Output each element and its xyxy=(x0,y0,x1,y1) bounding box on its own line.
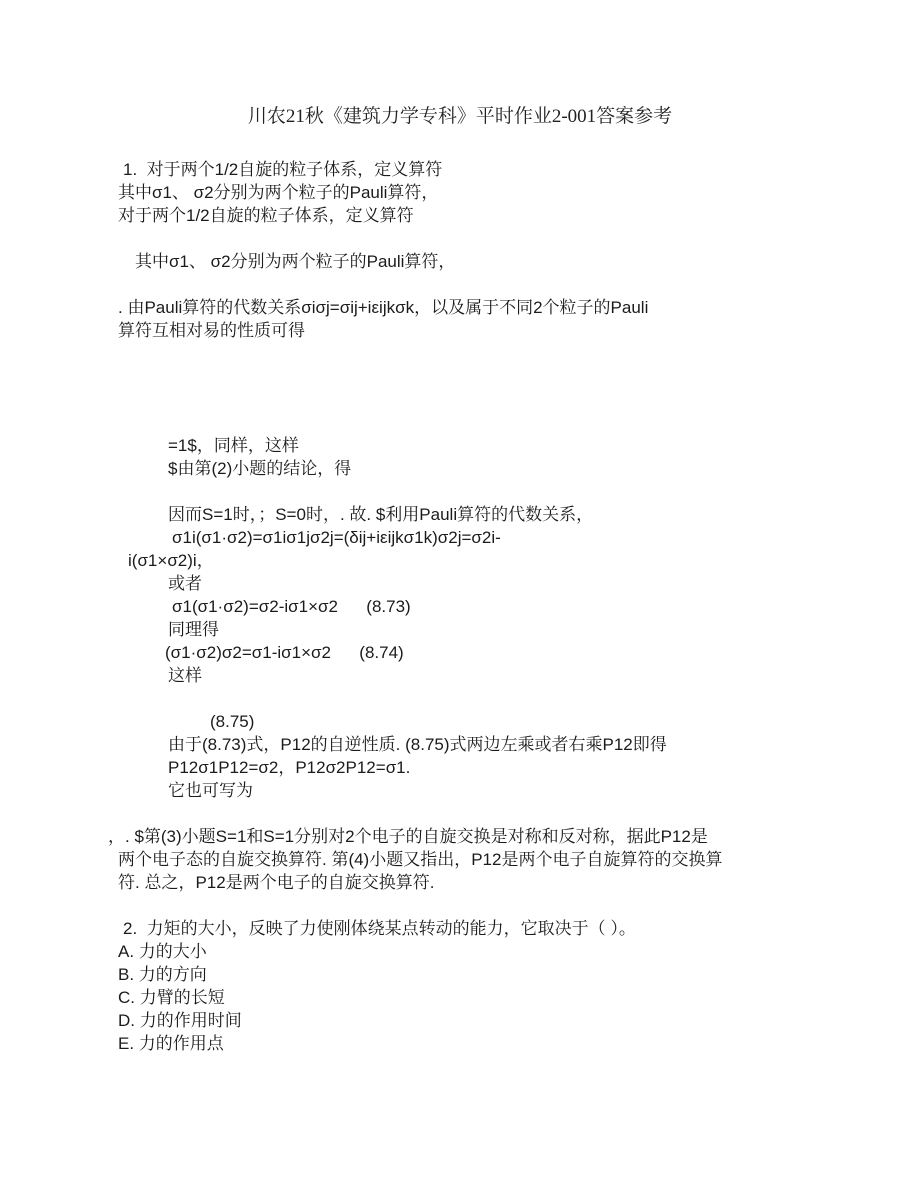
text-line: 因而S=1时，；S=0时，. 故. $利用Pauli算符的代数关系， xyxy=(168,503,795,526)
text-line: 算符互相对易的性质可得 xyxy=(118,319,795,342)
text-line: 同理得 xyxy=(168,618,795,641)
document-title: 川农21秋《建筑力学专科》平时作业2-001答案参考 xyxy=(0,0,920,130)
text-line: $由第(2)小题的结论，得 xyxy=(168,457,795,480)
text-line: E. 力的作用点 xyxy=(118,1032,795,1055)
text-line: C. 力臂的长短 xyxy=(118,986,795,1009)
text-line: 符. 总之，P12是两个电子的自旋交换算符. xyxy=(118,871,795,894)
text-line: 其中σ1、 σ2分别为两个粒子的Pauli算符， xyxy=(135,250,795,273)
text-line: ，. $第(3)小题S=1和S=1分别对2个电子的自旋交换是对称和反对称，据此P… xyxy=(108,825,795,848)
text-line: B. 力的方向 xyxy=(118,963,795,986)
text-line: 这样 xyxy=(168,664,795,687)
text-line: P12σ1P12=σ2，P12σ2P12=σ1. xyxy=(168,756,795,779)
text-line: i(σ1×σ2)i， xyxy=(128,549,795,572)
text-line: σ1(σ1·σ2)=σ2-iσ1×σ2 (8.73) xyxy=(172,595,795,618)
text-line: 两个电子态的自旋交换算符. 第(4)小题又指出，P12是两个电子自旋算符的交换算 xyxy=(118,848,795,871)
document-body: 1. 对于两个1/2自旋的粒子体系，定义算符其中σ1、 σ2分别为两个粒子的Pa… xyxy=(118,158,795,1055)
text-line: A. 力的大小 xyxy=(118,940,795,963)
document-page: 川农21秋《建筑力学专科》平时作业2-001答案参考 1. 对于两个1/2自旋的… xyxy=(0,0,920,1191)
text-line: =1$，同样，这样 xyxy=(168,434,795,457)
text-line: 2. 力矩的大小，反映了力使刚体绕某点转动的能力，它取决于（ ）。 xyxy=(123,917,795,940)
text-line: (8.75) xyxy=(210,710,795,733)
text-line: 对于两个1/2自旋的粒子体系，定义算符 xyxy=(118,204,795,227)
text-line: 或者 xyxy=(168,572,795,595)
text-line: 1. 对于两个1/2自旋的粒子体系，定义算符 xyxy=(123,158,795,181)
text-line: 它也可写为 xyxy=(168,779,795,802)
text-line: 由于(8.73)式，P12的自逆性质. (8.75)式两边左乘或者右乘P12即得 xyxy=(168,733,795,756)
text-line: D. 力的作用时间 xyxy=(118,1009,795,1032)
text-line: . 由Pauli算符的代数关系σiσj=σij+iεijkσk，以及属于不同2个… xyxy=(118,296,795,319)
text-line: (σ1·σ2)σ2=σ1-iσ1×σ2 (8.74) xyxy=(165,641,795,664)
text-line: σ1i(σ1·σ2)=σ1iσ1jσ2j=(δij+iεijkσ1k)σ2j=σ… xyxy=(172,526,795,549)
text-line: 其中σ1、 σ2分别为两个粒子的Pauli算符， xyxy=(118,181,795,204)
